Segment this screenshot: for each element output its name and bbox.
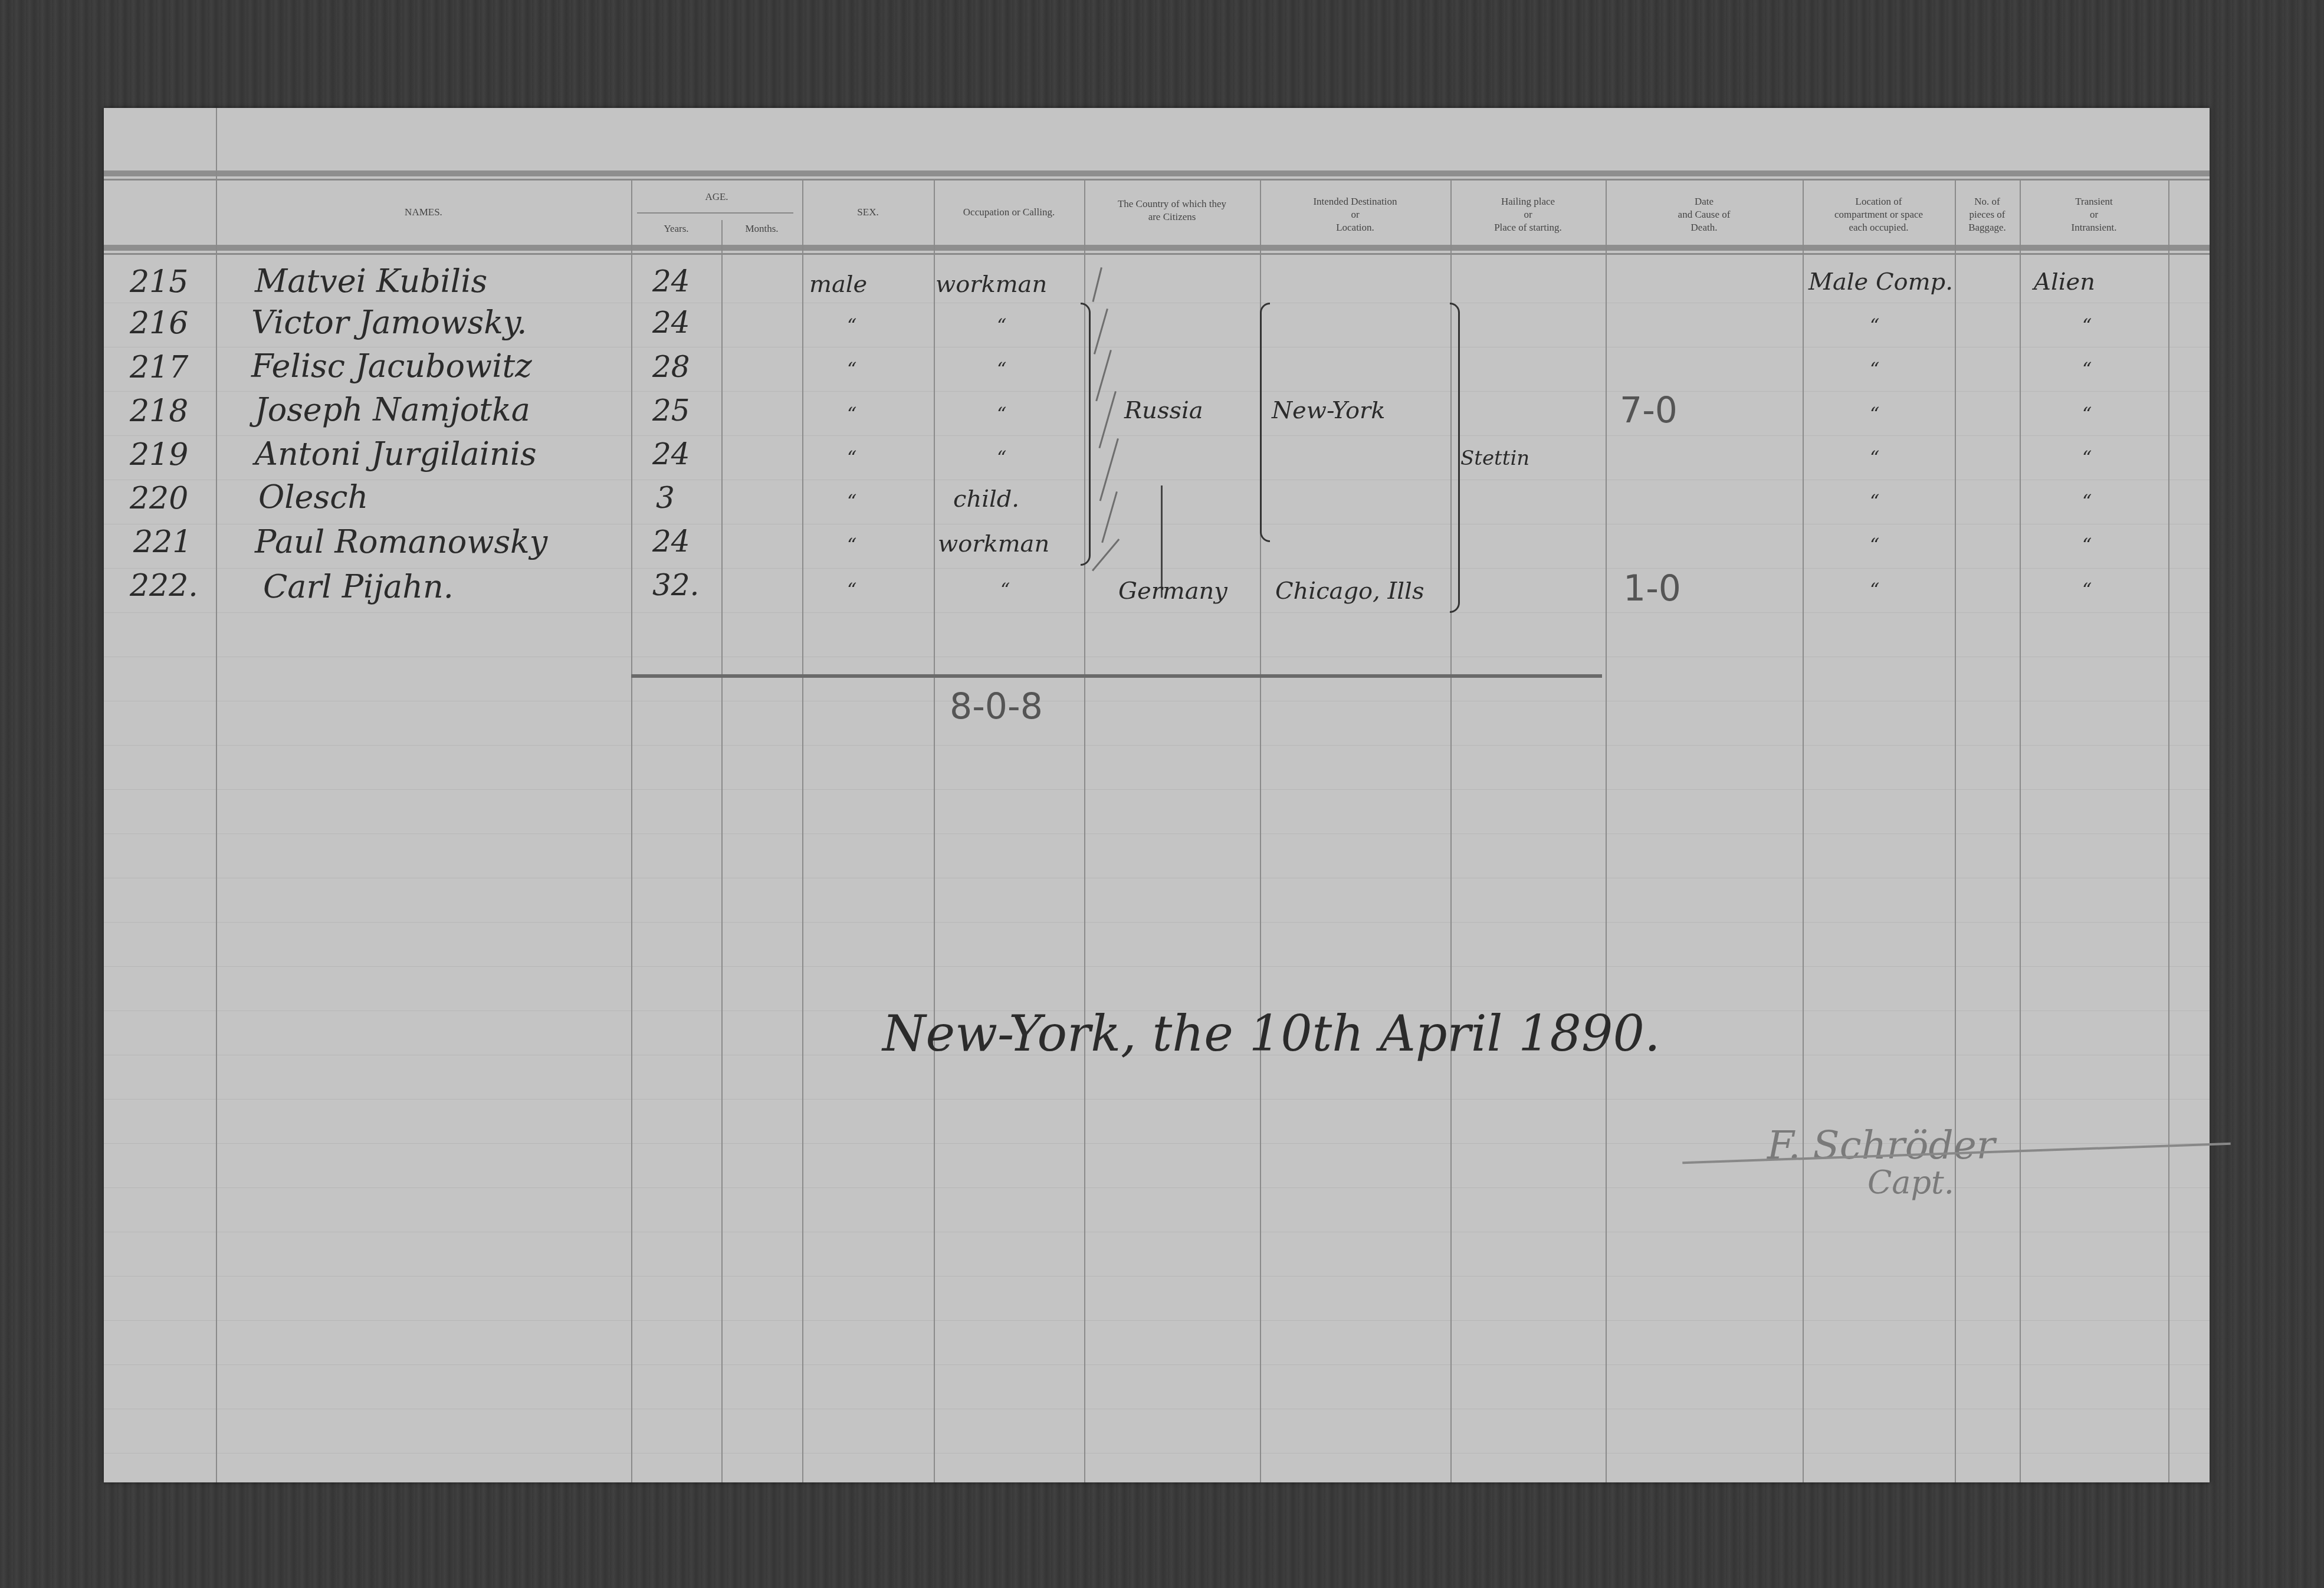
location-ditto: “ — [1870, 447, 1879, 469]
column-divider — [631, 179, 632, 1482]
location-ditto: “ — [1870, 490, 1879, 513]
ruled-line — [104, 657, 2210, 657]
transient-ditto: “ — [2082, 314, 2092, 337]
header-bottom-rule — [104, 245, 2210, 251]
row-number: 216 — [130, 306, 188, 341]
captain-signature: F. Schröder — [1767, 1123, 1995, 1168]
row-number: 219 — [130, 437, 188, 473]
location-ditto: “ — [1870, 314, 1879, 337]
header-death-line2: and Cause of — [1606, 208, 1803, 221]
location-ditto: “ — [1870, 403, 1879, 425]
column-divider — [721, 220, 723, 1482]
passenger-name: Matvei Kubilis — [255, 263, 487, 300]
header-top-rule — [104, 170, 2210, 176]
occupation-ditto: “ — [997, 447, 1006, 469]
header-baggage-line2: pieces of — [1955, 208, 2020, 221]
age-years: 24 — [652, 524, 690, 559]
location-ditto: “ — [1870, 579, 1879, 601]
ruled-line — [104, 745, 2210, 746]
occupation-ditto: “ — [997, 403, 1006, 425]
header-transient: Transient or Intransient. — [2020, 195, 2168, 234]
header-age-years: Years. — [631, 222, 721, 235]
header-location-line1: Location of — [1803, 195, 1955, 208]
ruled-line — [104, 1099, 2210, 1100]
row-number: 217 — [130, 350, 188, 385]
occupation-ditto: “ — [997, 358, 1006, 380]
occupation-group-bracket — [1081, 303, 1091, 566]
passenger-name: Olesch — [258, 478, 368, 516]
column-divider — [934, 179, 935, 1482]
location-ditto: “ — [1870, 534, 1879, 556]
age-years: 25 — [652, 393, 690, 428]
header-destination-line2: or — [1260, 208, 1450, 221]
occupation: child. — [953, 485, 1019, 513]
passenger-name: Antoni Jurgilainis — [255, 435, 537, 473]
check-mark — [1094, 309, 1108, 355]
age-years: 24 — [652, 306, 690, 340]
ruled-line — [104, 1364, 2210, 1365]
occupation: workman — [938, 530, 1049, 557]
sex-ditto: “ — [847, 447, 856, 469]
header-baggage-line3: Baggage. — [1955, 221, 2020, 234]
row-number: 221 — [133, 524, 192, 560]
header-sex: SEX. — [802, 206, 934, 219]
column-divider — [802, 179, 803, 1482]
header-transient-line1: Transient — [2020, 195, 2168, 208]
header-names: NAMES. — [216, 206, 631, 219]
transient-ditto: “ — [2082, 579, 2092, 601]
ruled-line — [104, 1276, 2210, 1277]
column-divider — [1803, 179, 1804, 1482]
transient-ditto: “ — [2082, 490, 2092, 513]
country-germany: Germany — [1118, 578, 1227, 605]
ruled-line — [104, 878, 2210, 878]
total-tally: 8-0-8 — [950, 686, 1043, 727]
ruled-line — [104, 789, 2210, 790]
check-mark — [1098, 391, 1116, 448]
sex-ditto: “ — [847, 403, 856, 425]
sex-ditto: “ — [847, 314, 856, 337]
age-years: 24 — [652, 437, 690, 471]
check-mark — [1095, 350, 1112, 401]
transient-ditto: “ — [2082, 403, 2092, 425]
row-number: 215 — [130, 264, 188, 300]
header-baggage: No. of pieces of Baggage. — [1955, 195, 2020, 234]
header-bottom-thin-rule — [104, 253, 2210, 255]
ruled-line — [104, 1409, 2210, 1409]
column-divider — [216, 108, 217, 1482]
passenger-name: Paul Romanowsky — [255, 523, 547, 560]
row-number: 218 — [130, 393, 188, 429]
header-age: AGE. — [631, 191, 802, 204]
ruled-line — [104, 834, 2210, 834]
header-death: Date and Cause of Death. — [1606, 195, 1803, 234]
header-destination-line3: Location. — [1260, 221, 1450, 234]
header-death-line1: Date — [1606, 195, 1803, 208]
hailing-stettin: Stettin — [1460, 447, 1529, 470]
location-ditto: “ — [1870, 358, 1879, 380]
column-divider — [2020, 179, 2021, 1482]
passenger-name: Carl Pijahn. — [263, 568, 454, 605]
captain-title: Capt. — [1867, 1164, 1954, 1201]
transient-ditto: “ — [2082, 447, 2092, 469]
age-years: 3 — [656, 481, 675, 515]
passenger-name: Felisc Jacubowitz — [251, 347, 532, 385]
ruled-line — [104, 922, 2210, 923]
passenger-name: Joseph Namjotka — [255, 391, 530, 428]
age-years: 24 — [652, 264, 690, 298]
column-divider — [2168, 179, 2169, 1482]
age-years: 32. — [652, 568, 700, 602]
header-destination-line1: Intended Destination — [1260, 195, 1450, 208]
ruled-line — [104, 701, 2210, 701]
age-subheader-rule — [637, 212, 793, 214]
destination-group-bracket — [1260, 303, 1270, 542]
country-russia: Russia — [1124, 397, 1203, 424]
age-years: 28 — [652, 350, 690, 384]
transient-status: Alien — [2034, 268, 2095, 296]
sex-ditto: “ — [847, 534, 856, 556]
ruled-line — [104, 1453, 2210, 1454]
ruled-line — [104, 1320, 2210, 1321]
header-destination: Intended Destination or Location. — [1260, 195, 1450, 234]
header-location-line2: compartment or space — [1803, 208, 1955, 221]
header-hailing-line3: Place of starting. — [1450, 221, 1606, 234]
occupation-ditto: “ — [1000, 579, 1010, 601]
manifest-page: NAMES. AGE. Years. Months. SEX. Occupati… — [104, 108, 2210, 1482]
row-number: 222. — [130, 568, 198, 603]
passenger-name: Victor Jamowsky. — [251, 304, 527, 341]
header-hailing-line1: Hailing place — [1450, 195, 1606, 208]
check-mark — [1092, 267, 1102, 302]
sex: male — [809, 271, 867, 298]
hailing-group-bracket — [1450, 303, 1460, 613]
header-country: The Country of which they are Citizens — [1084, 198, 1260, 224]
ruled-line — [104, 1232, 2210, 1232]
sex-ditto: “ — [847, 579, 856, 601]
ruled-line — [104, 966, 2210, 967]
header-death-line3: Death. — [1606, 221, 1803, 234]
header-transient-line2: or — [2020, 208, 2168, 221]
ruled-line — [104, 612, 2210, 613]
tally-russia: 7-0 — [1620, 390, 1678, 431]
occupation: workman — [935, 271, 1047, 298]
row-number: 220 — [130, 481, 188, 516]
ruled-line — [104, 480, 2210, 480]
header-transient-line3: Intransient. — [2020, 221, 2168, 234]
total-rule — [631, 674, 1602, 678]
header-hailing-line2: or — [1450, 208, 1606, 221]
transient-ditto: “ — [2082, 534, 2092, 556]
column-divider — [1955, 179, 1956, 1482]
header-age-months: Months. — [721, 222, 802, 235]
header-location: Location of compartment or space each oc… — [1803, 195, 1955, 234]
column-divider — [1606, 179, 1607, 1482]
header-top-thin-rule — [104, 179, 2210, 181]
check-mark — [1101, 491, 1118, 543]
sex-ditto: “ — [847, 490, 856, 513]
compartment-location: Male Comp. — [1808, 268, 1953, 296]
header-occupation: Occupation or Calling. — [934, 206, 1084, 219]
destination-new-york: New-York — [1272, 397, 1385, 424]
transient-ditto: “ — [2082, 358, 2092, 380]
sex-ditto: “ — [847, 358, 856, 380]
tally-germany: 1-0 — [1623, 568, 1681, 609]
header-country-line2: are Citizens — [1084, 211, 1260, 224]
header-baggage-line1: No. of — [1955, 195, 2020, 208]
ruled-line — [104, 303, 2210, 303]
destination-chicago: Chicago, Ills — [1275, 578, 1424, 605]
occupation-ditto: “ — [997, 314, 1006, 337]
check-mark — [1092, 539, 1120, 572]
header-hailing: Hailing place or Place of starting. — [1450, 195, 1606, 234]
header-location-line3: each occupied. — [1803, 221, 1955, 234]
header-country-line1: The Country of which they — [1084, 198, 1260, 211]
place-and-date: New-York, the 10th April 1890. — [882, 1005, 1660, 1062]
